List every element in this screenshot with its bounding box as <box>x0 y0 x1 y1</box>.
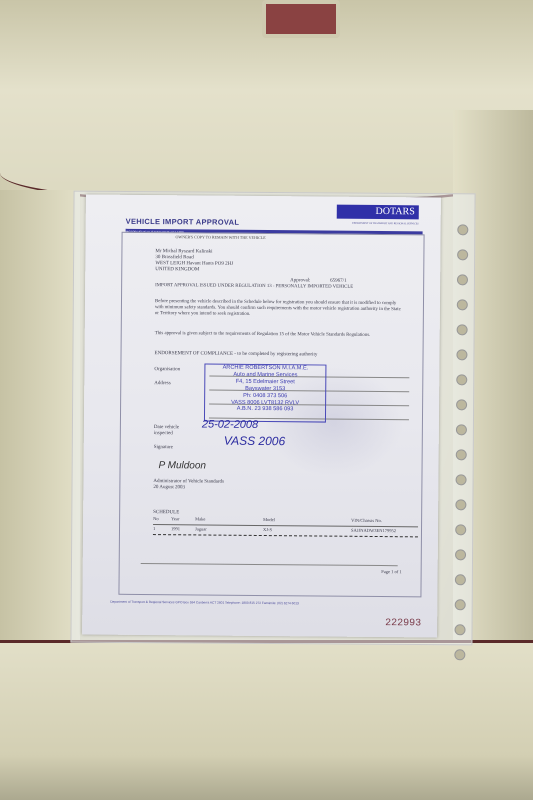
department-footer: Department of Transport & Regional Servi… <box>110 599 421 608</box>
cell-no: 1 <box>153 526 163 532</box>
cell-vin: SAJJNADW3EN179952 <box>351 528 396 534</box>
cell-make: Jaguar <box>195 526 255 533</box>
header-year: Year <box>171 516 187 522</box>
header-vin: VIN/Chassis No. <box>351 518 382 524</box>
organisation-label: Organisation <box>154 367 180 373</box>
punch-holes <box>454 224 468 660</box>
logo-subtitle: DEPARTMENT OF TRANSPORT AND REGIONAL SER… <box>352 221 419 228</box>
serial-number: 222993 <box>385 621 421 627</box>
administrator-date: 20 August 2003 <box>153 485 185 491</box>
seat-left-bolster <box>0 190 80 640</box>
address-label: Address <box>154 381 170 387</box>
seatbelt-buckle <box>262 0 340 38</box>
page-label: Page 1 of 1 <box>381 569 401 575</box>
stamp-line: A.B.N. 23 938 586 093 <box>205 406 325 414</box>
header-no: No <box>153 516 163 522</box>
signature-label: Signature <box>154 445 173 451</box>
schedule-header: No Year Make Model VIN/Chassis No. <box>153 516 418 524</box>
seat-cushion <box>0 640 533 800</box>
administrator-signature: P Muldoon <box>159 463 206 469</box>
authority-stamp: ARCHIE ROBERTSON M.I.A.M.E. Auto and Mar… <box>204 364 327 423</box>
document-title: VEHICLE IMPORT APPROVAL <box>126 219 240 226</box>
cell-year: 1991 <box>171 526 187 532</box>
header-make: Make <box>195 516 255 523</box>
addressee-line-4: UNITED KINGDOM <box>155 267 199 273</box>
signature-value: VASS 2006 <box>224 438 285 445</box>
date-inspected-value: 25-02-2008 <box>202 421 258 427</box>
import-approval-document: VEHICLE IMPORT APPROVAL DOTARS DEPARTMEN… <box>82 194 441 637</box>
cell-model: XJ-S <box>263 527 343 534</box>
date-inspected-label: Date vehicle inspected <box>154 425 190 437</box>
header-model: Model <box>263 517 343 524</box>
paragraph-1: Before presenting the vehicle described … <box>155 299 405 319</box>
schedule-table: SCHEDULE No Year Make Model VIN/Chassis … <box>153 510 418 537</box>
dotars-logo: DOTARS <box>337 205 419 220</box>
table-row: 1 1991 Jaguar XJ-S SAJJNADW3EN179952 <box>153 524 418 534</box>
